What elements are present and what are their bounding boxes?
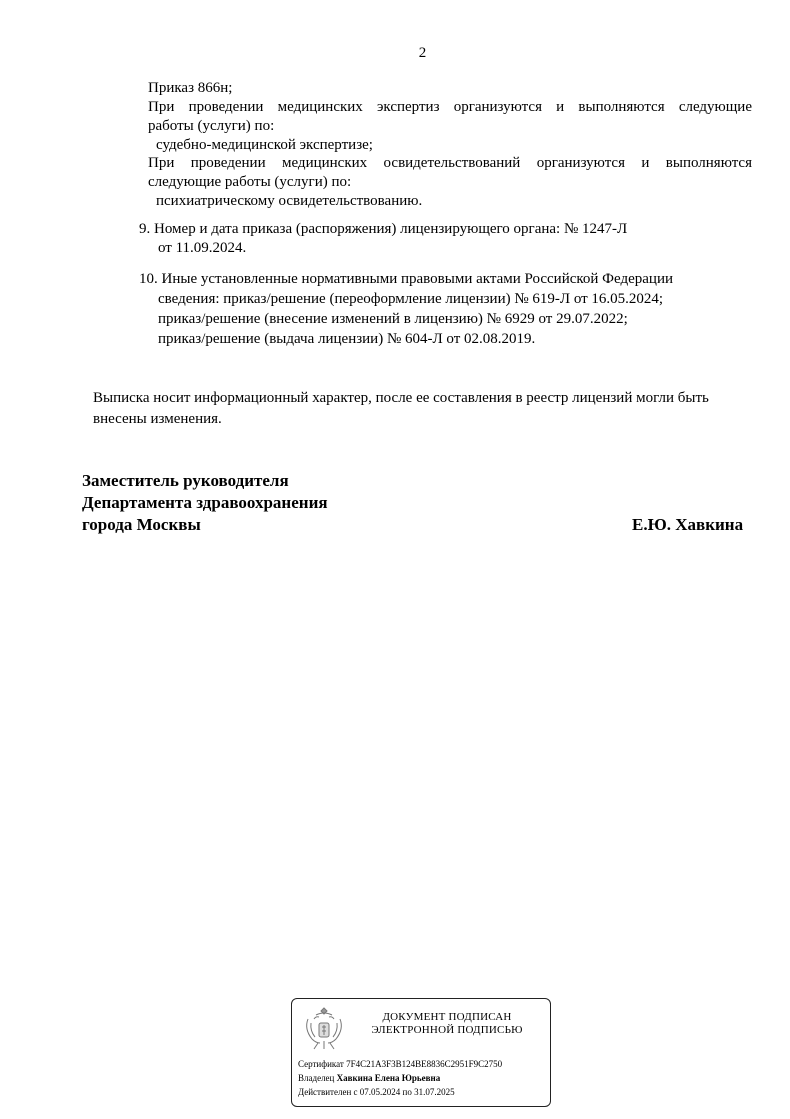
notice-line-1: Выписка носит информационный характер, п… <box>93 389 709 407</box>
signatory-position-2: Департамента здравоохранения <box>82 492 328 514</box>
validity-line: Действителен с 07.05.2024 по 31.07.2025 <box>298 1087 455 1098</box>
certificate-label: Сертификат <box>298 1059 344 1069</box>
item-10-line-2: сведения: приказ/решение (переоформление… <box>158 290 663 308</box>
electronic-signature-stamp: ДОКУМЕНТ ПОДПИСАН ЭЛЕКТРОННОЙ ПОДПИСЬЮ С… <box>291 998 551 1107</box>
stamp-title: ДОКУМЕНТ ПОДПИСАН ЭЛЕКТРОННОЙ ПОДПИСЬЮ <box>352 1011 542 1037</box>
stamp-title-line-2: ЭЛЕКТРОННОЙ ПОДПИСЬЮ <box>352 1024 542 1037</box>
page-number: 2 <box>0 45 790 62</box>
coat-of-arms-icon <box>302 1005 346 1053</box>
notice-line-2: внесены изменения. <box>93 410 222 428</box>
expertise-item: судебно-медицинской экспертизе; <box>156 136 373 154</box>
signatory-position-1: Заместитель руководителя <box>82 470 289 492</box>
expertise-intro: При проведении медицинских экспертиз орг… <box>148 98 752 116</box>
owner-line: Владелец Хавкина Елена Юрьевна <box>298 1073 440 1084</box>
examination-item: психиатрическому освидетельствованию. <box>156 192 422 210</box>
examination-intro: При проведении медицинских освидетельств… <box>148 154 752 172</box>
stamp-title-line-1: ДОКУМЕНТ ПОДПИСАН <box>352 1011 542 1024</box>
item-10-line-4: приказ/решение (выдача лицензии) № 604-Л… <box>158 330 535 348</box>
item-9-line-1: 9. Номер и дата приказа (распоряжения) л… <box>139 220 627 238</box>
certificate-line: Сертификат 7F4C21A3F3B124BE8836C2951F9C2… <box>298 1059 502 1070</box>
order-line: Приказ 866н; <box>148 79 232 97</box>
examination-intro-cont: следующие работы (услуги) по: <box>148 173 351 191</box>
item-10-line-3: приказ/решение (внесение изменений в лиц… <box>158 310 628 328</box>
certificate-value: 7F4C21A3F3B124BE8836C2951F9C2750 <box>346 1059 502 1069</box>
item-9-line-2: от 11.09.2024. <box>158 239 246 257</box>
owner-value: Хавкина Елена Юрьевна <box>337 1073 441 1083</box>
signatory-position-3: города Москвы <box>82 514 201 536</box>
signatory-name: Е.Ю. Хавкина <box>632 514 743 536</box>
item-10-line-1: 10. Иные установленные нормативными прав… <box>139 270 673 288</box>
owner-label: Владелец <box>298 1073 334 1083</box>
expertise-intro-cont: работы (услуги) по: <box>148 117 274 135</box>
